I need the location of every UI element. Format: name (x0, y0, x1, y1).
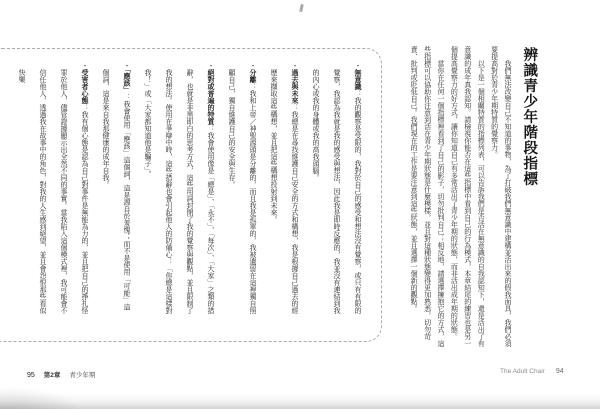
body-paragraph-2: 以下是一個相關特質的指標列表，可以告訴我們是否活在無意識的自我認知下，還是活出了… (447, 46, 487, 347)
right-page-number: 94 (556, 368, 564, 375)
body-paragraph-3: 當你在任何一個指標裡看到了自己的影子，切勿批判自己；相反地，請選擇擁抱它的方式，… (407, 46, 447, 347)
section-heading: 辨識青少年階段指標 (521, 47, 536, 187)
body-paragraph-1: 我們無法改變自己不知道的事物，為了打破我們無意識中建構並活出來的假我面具，我們必… (487, 46, 514, 347)
book-spread-photo: ・無意識：我的觀察是受限的，我對於自己的感受和想法沒有覺察，或只有有限的覺察，我… (0, 0, 600, 409)
book-title: The Adult Chair (500, 368, 545, 375)
body-text: 我們無法改變自己不知道的事物，為了打破我們無意識中建構並活出來的假我面具，我們必… (406, 46, 514, 347)
page-bottom-edge-shadow (0, 393, 600, 409)
right-page-footer: The Adult Chair 94 (500, 368, 564, 375)
right-page: 辨識青少年階段指標 我們無法改變自己不知道的事物，為了打破我們無意識中建構並活出… (0, 0, 600, 409)
